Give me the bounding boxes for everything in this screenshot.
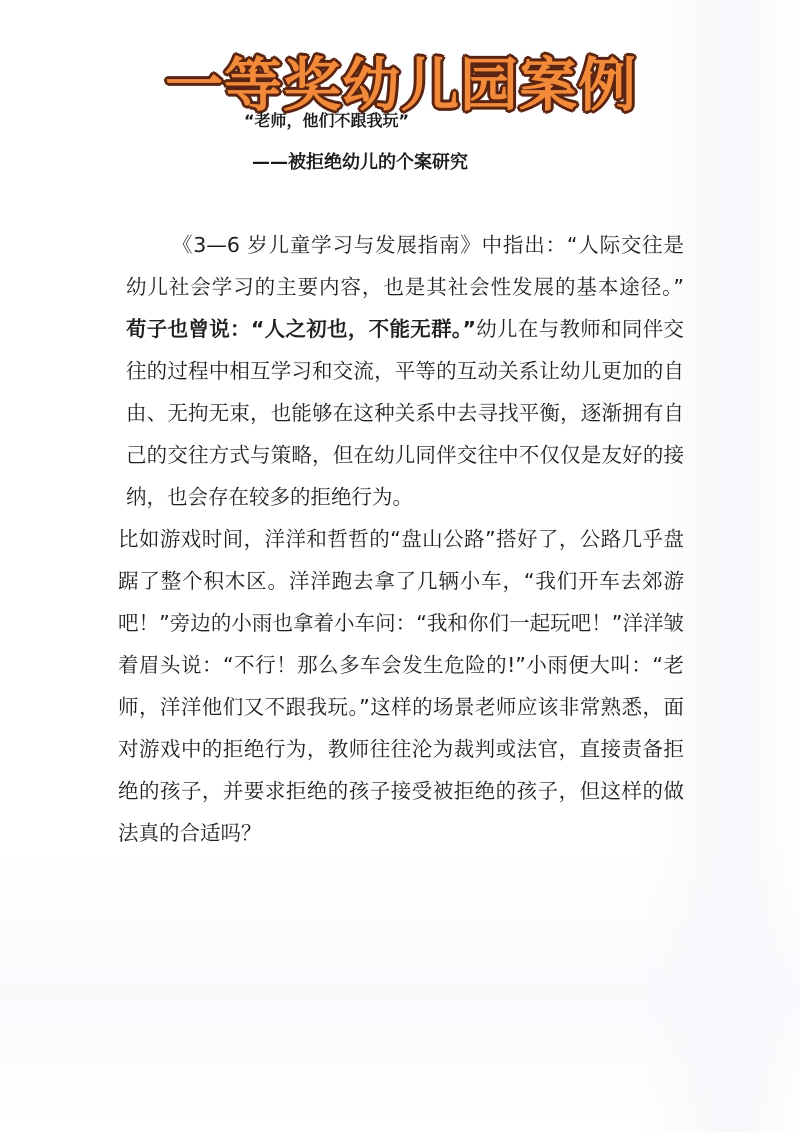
xunzi-quote: 荀子也曾说：“人之初也，不能无群。” <box>126 317 476 341</box>
subtitle-study: ——被拒绝幼儿的个案研究 <box>252 148 468 174</box>
article-body: 《3—6 岁儿童学习与发展指南》中指出：“人际交往是幼儿社会学习的主要内容，也是… <box>118 224 684 854</box>
paragraph-intro: 《3—6 岁儿童学习与发展指南》中指出：“人际交往是幼儿社会学习的主要内容，也是… <box>118 224 684 518</box>
paragraph-example: 比如游戏时间，洋洋和哲哲的“盘山公路”搭好了，公路几乎盘踞了整个积木区。洋洋跑去… <box>118 518 684 854</box>
banner-title: 一等奖幼儿园案例 <box>186 46 616 114</box>
subtitle-quote: “老师，他们不跟我玩” <box>244 108 409 131</box>
intro-text-1: 《3—6 岁儿童学习与发展指南》中指出：“人际交往是幼儿社会学习的主要内容，也是… <box>126 233 684 299</box>
example-text: 比如游戏时间，洋洋和哲哲的“盘山公路”搭好了，公路几乎盘踞了整个积木区。洋洋跑去… <box>118 527 684 845</box>
intro-text-2: 幼儿在与教师和同伴交往的过程中相互学习和交流，平等的互动关系让幼儿更加的自由、无… <box>126 317 684 509</box>
